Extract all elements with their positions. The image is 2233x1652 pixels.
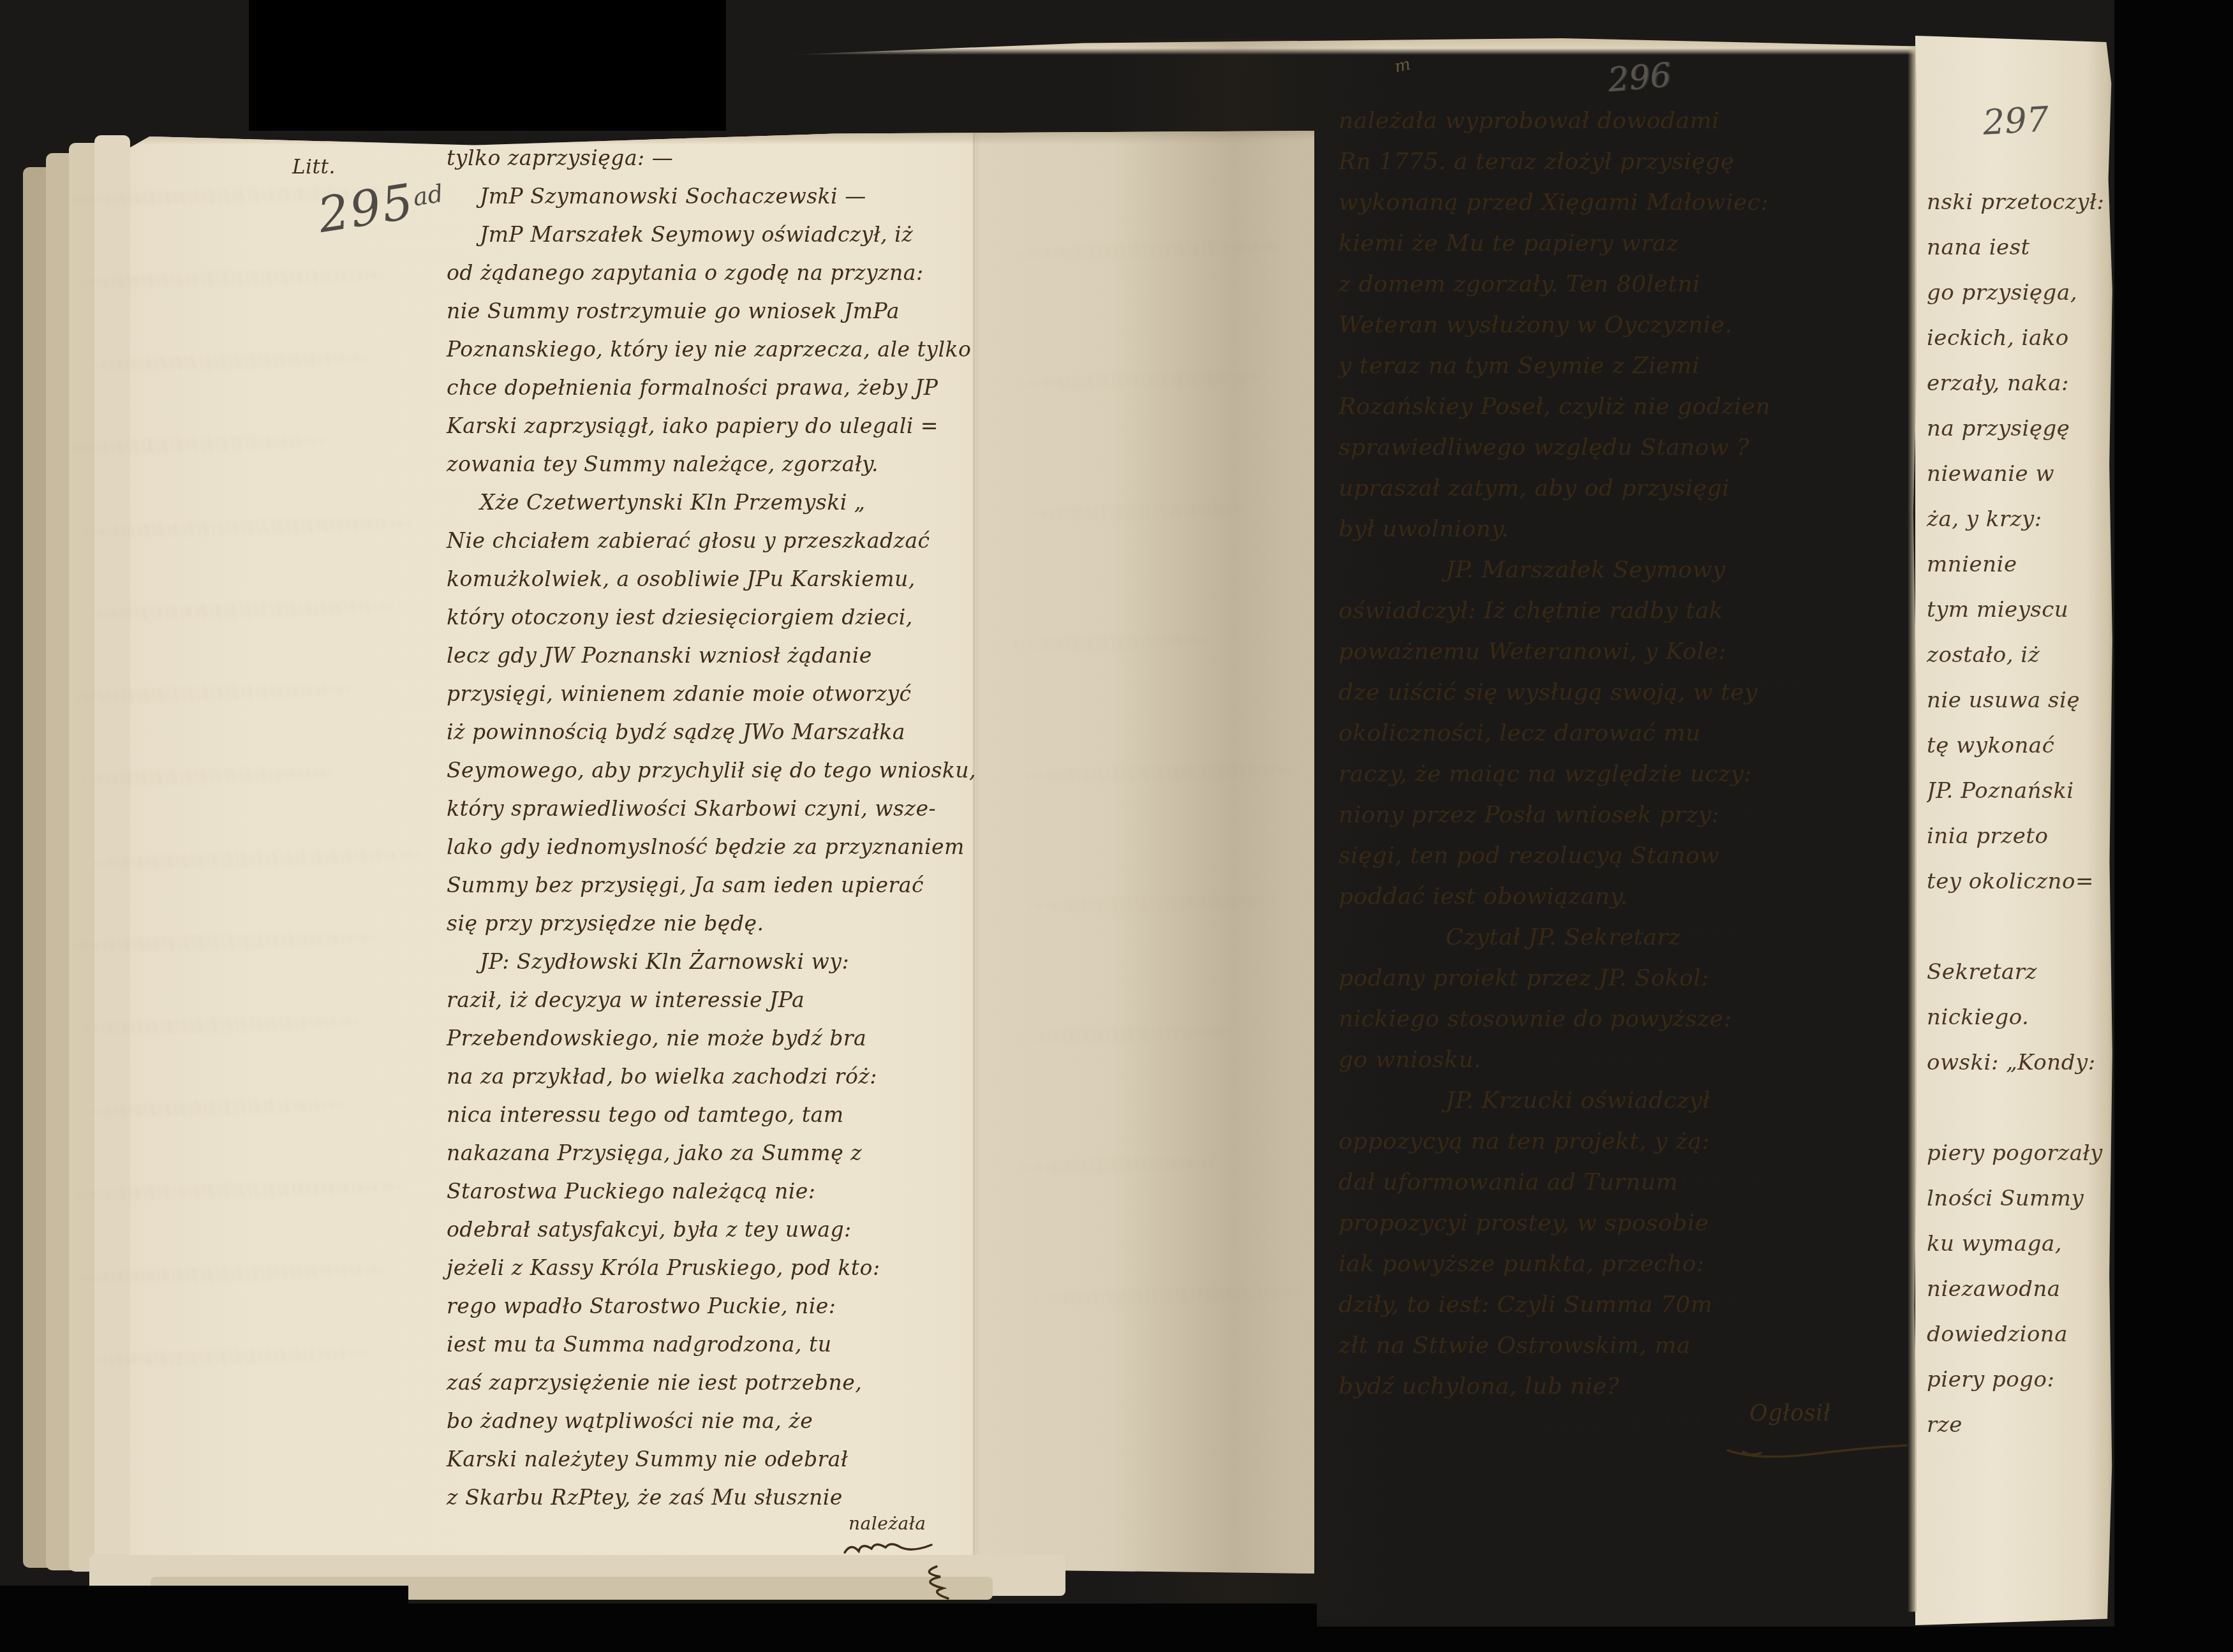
text-line-fragment: niewanie w: [1927, 452, 2112, 497]
text-line-fragment: nie usuwa się: [1927, 678, 2112, 723]
text-line: rego wpadło Starostwo Puckie, nie:: [447, 1287, 975, 1325]
text-line: Rn 1775. a teraz złożył przysięgę: [1339, 142, 1913, 182]
text-line-fragment: piery pogo:: [1927, 1357, 2112, 1403]
text-line-fragment: zostało, iż: [1927, 633, 2112, 678]
text-line-fragment: go przysięga,: [1927, 270, 2112, 316]
text-line: przysięgi, winienem zdanie moie otworzyć: [447, 675, 975, 713]
document-number-main: 295: [314, 172, 418, 244]
text-line: jeżeli z Kassy Króla Pruskiego, pod kto:: [447, 1249, 975, 1287]
text-line: JP. Krzucki oświadczył: [1339, 1080, 1913, 1121]
text-line: Czytał JP. Sekretarz: [1339, 917, 1913, 958]
text-line: poważnemu Weteranowi, y Kole:: [1339, 631, 1913, 672]
text-line: bo żadney wątpliwości nie ma, że: [447, 1402, 975, 1440]
text-line: z Skarbu RzPtey, że zaś Mu słusznie: [447, 1479, 975, 1517]
flourish-icon: [841, 1538, 937, 1560]
catchword: należała: [849, 1513, 926, 1534]
text-line-fragment: lności Summy: [1927, 1176, 2112, 1221]
background-mask: [249, 0, 726, 131]
text-line: komużkolwiek, a osobliwie JPu Karskiemu,: [447, 560, 975, 598]
text-line: dze uiścić się wysługą swoją, w tey: [1339, 672, 1913, 713]
flourish-icon: [1723, 1434, 1914, 1459]
text-line: upraszał zatym, aby od przysięgi: [1339, 468, 1913, 509]
right-page-text: należała wyprobował dowodamiRn 1775. a t…: [1339, 101, 1913, 1407]
text-line: który otoczony iest dziesięciorgiem dzie…: [447, 598, 975, 637]
text-line: się przy przysiędze nie będę.: [447, 904, 975, 943]
text-line: zowania tey Summy należące, zgorzały.: [447, 445, 975, 483]
litt-label: Litt.: [292, 156, 336, 179]
text-line: lecz gdy JW Poznanski wzniosł żądanie: [447, 637, 975, 675]
text-line: złt na Sttwie Ostrowskim, ma: [1339, 1325, 1913, 1366]
text-line-fragment: niezawodna: [1927, 1267, 2112, 1312]
text-line: z domem zgorzały. Ten 80letni: [1339, 264, 1913, 305]
text-line: JP: Szydłowski Kln Żarnowski wy:: [447, 943, 975, 981]
next-page-text: nski przetoczył:nana iestgo przysięga,ie…: [1927, 180, 2112, 1487]
manuscript-scan: { "document": { "ink_color": "#3e2d18", …: [0, 0, 2233, 1652]
page-number-296: 296: [1606, 56, 1673, 100]
text-line: nakazana Przysięga, jako za Summę z: [447, 1134, 975, 1172]
text-line: Poznanskiego, który iey nie zaprzecza, a…: [447, 330, 975, 369]
text-line: lako gdy iednomyslność będzie za przyzna…: [447, 828, 975, 866]
text-line: nie Summy rostrzymuie go wniosek JmPa: [447, 292, 975, 330]
text-line: chce dopełnienia formalności prawa, żeby…: [447, 369, 975, 407]
text-line: raził, iż decyzya w interessie JPa: [447, 981, 975, 1019]
text-line-fragment: rze: [1927, 1403, 2112, 1448]
background-mask: [2114, 0, 2233, 1652]
text-line: JP. Marszałek Seymowy: [1339, 550, 1913, 591]
text-line-fragment: JP. Poznański: [1927, 769, 2112, 814]
text-line: niony przez Posła wniosek przy:: [1339, 795, 1913, 836]
background-mask: [0, 1586, 408, 1652]
text-line: iż powinnością bydź sądzę JWo Marszałka: [447, 713, 975, 751]
text-line: nickiego stosownie do powyższe:: [1339, 999, 1913, 1040]
text-line: sięgi, ten pod rezolucyą Stanow: [1339, 836, 1913, 876]
text-line-fragment: nickiego.: [1927, 995, 2112, 1040]
text-line: iest mu ta Summa nadgrodzona, tu: [447, 1325, 975, 1364]
text-line-fragment: na przysięgę: [1927, 406, 2112, 452]
text-line: zaś zaprzysiężenie nie iest potrzebne,: [447, 1364, 975, 1402]
closing-word: Ogłosił: [1749, 1401, 1831, 1426]
text-line: poddać iest obowiązany.: [1339, 876, 1913, 917]
text-line: należała wyprobował dowodami: [1339, 101, 1913, 142]
document-number: 295ad: [314, 168, 448, 244]
text-line: Karski zaprzysiągł, iako papiery do uleg…: [447, 407, 975, 445]
text-line-fragment: nski przetoczył:: [1927, 180, 2112, 225]
text-line-fragment: tę wykonać: [1927, 723, 2112, 769]
text-line: Xże Czetwertynski Kln Przemyski „: [447, 483, 975, 522]
text-line: Nie chciałem zabierać głosu y przeszkadz…: [447, 522, 975, 560]
text-line: dał uformowania ad Turnum: [1339, 1162, 1913, 1203]
text-line: y teraz na tym Seymie z Ziemi: [1339, 346, 1913, 387]
text-line: oppozycyą na ten projekt, y żą:: [1339, 1121, 1913, 1162]
text-line: tylko zaprzysięga: —: [447, 139, 975, 177]
text-line-fragment: [1927, 904, 2112, 950]
background-mask: [408, 1604, 1317, 1652]
text-line-fragment: inia przeto: [1927, 814, 2112, 859]
text-line: propozycyi prostey, w sposobie: [1339, 1203, 1913, 1244]
text-line: dziły, to iest: Czyli Summa 70m: [1339, 1285, 1913, 1325]
flourish-icon: [911, 1564, 956, 1602]
text-line: sprawiedliwego względu Stanow ?: [1339, 427, 1913, 468]
text-line-fragment: ieckich, iako: [1927, 316, 2112, 361]
text-line-fragment: Sekretarz: [1927, 950, 2112, 995]
text-line: kiemi że Mu te papiery wraz: [1339, 223, 1913, 264]
text-line-fragment: piery pogorzały: [1927, 1131, 2112, 1176]
text-line: oświadczył: Iż chętnie radby tak: [1339, 591, 1913, 631]
text-line: nica interessu tego od tamtego, tam: [447, 1096, 975, 1134]
background-mask: [1314, 1626, 2233, 1652]
text-line: JmP Marszałek Seymowy oświadczył, iż: [447, 216, 975, 254]
text-line-fragment: ku wymaga,: [1927, 1221, 2112, 1267]
text-line: od żądanego zapytania o zgodę na przyzna…: [447, 254, 975, 292]
text-line: Rozańskiey Poseł, czyliż nie godzien: [1339, 387, 1913, 427]
text-line-fragment: tym mieyscu: [1927, 587, 2112, 633]
text-line: go wniosku.: [1339, 1040, 1913, 1080]
text-line-fragment: mnienie: [1927, 542, 2112, 587]
text-line-fragment: nana iest: [1927, 225, 2112, 270]
text-line-fragment: [1927, 1086, 2112, 1131]
text-line: Karski należytey Summy nie odebrał: [447, 1440, 975, 1479]
text-line: Seymowego, aby przychylił się do tego wn…: [447, 751, 975, 790]
text-line: wykonaną przed Xięgami Małowiec:: [1339, 182, 1913, 223]
text-line-fragment: ża, y krzy:: [1927, 497, 2112, 542]
text-line: raczy, że maiąc na względzie uczy:: [1339, 754, 1913, 795]
text-line: Przebendowskiego, nie może bydź bra: [447, 1019, 975, 1058]
text-line-fragment: dowiedziona: [1927, 1312, 2112, 1357]
text-line: który sprawiedliwości Skarbowi czyni, ws…: [447, 790, 975, 828]
document-number-suffix: ad: [411, 179, 445, 212]
text-line-fragment: owski: „Kondy:: [1927, 1040, 2112, 1086]
text-line: iak powyższe punkta, przecho:: [1339, 1244, 1913, 1285]
text-line: Starostwa Puckiego należącą nie:: [447, 1172, 975, 1211]
text-line: JmP Szymanowski Sochaczewski —: [447, 177, 975, 216]
text-line-fragment: erzały, naka:: [1927, 361, 2112, 406]
text-line: na za przykład, bo wielka zachodzi róż:: [447, 1058, 975, 1096]
text-line: podany proiekt przez JP. Sokol:: [1339, 958, 1913, 999]
text-line: odebrał satysfakcyi, była z tey uwag:: [447, 1211, 975, 1249]
text-line: Weteran wysłużony w Oyczyznie.: [1339, 305, 1913, 346]
left-page-text: tylko zaprzysięga: —JmP Szymanowski Soch…: [447, 139, 975, 1517]
page-number-297: 297: [1982, 99, 2049, 142]
text-line: okoliczności, lecz darować mu: [1339, 713, 1913, 754]
manuscript-text: Litt. 295ad tylko zaprzysięga: —JmP Szym…: [0, 0, 2233, 1652]
text-line-fragment: tey okoliczno=: [1927, 859, 2112, 904]
text-line: Summy bez przysięgi, Ja sam ieden upiera…: [447, 866, 975, 904]
text-line: był uwolniony.: [1339, 509, 1913, 550]
folio-mark: m: [1393, 55, 1412, 77]
